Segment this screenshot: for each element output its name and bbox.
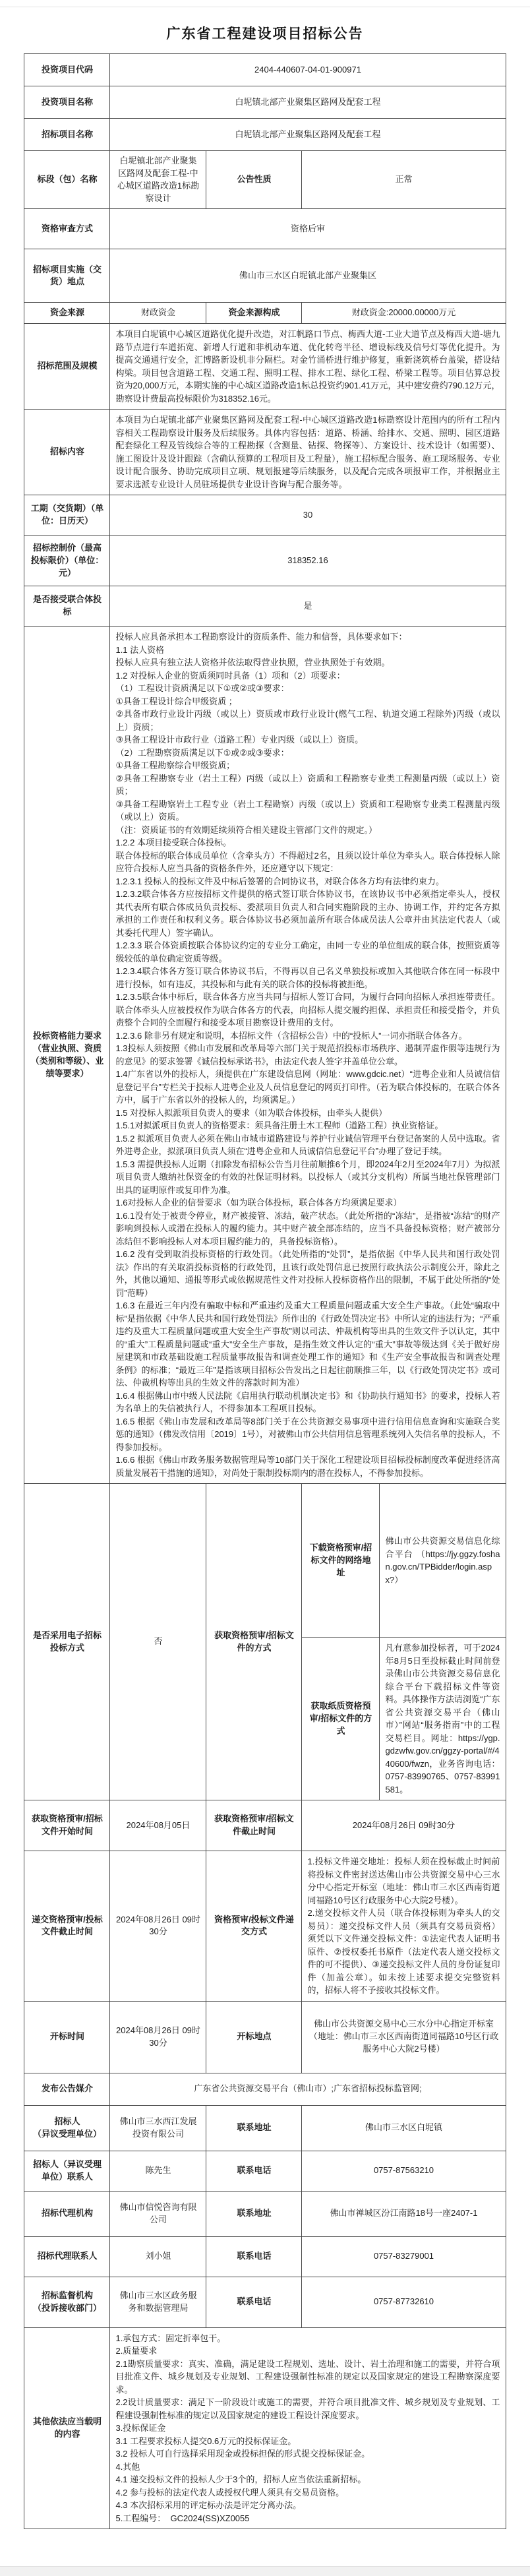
row-electronic: 是否采用电子招标投标方式 否 获取资格预审/招标文件的方式 下载资格预审/招标文… bbox=[24, 1484, 506, 1638]
row-location: 招标项目实施（交货）地点 佛山市三水区白坭镇北部产业聚集区 bbox=[24, 249, 506, 303]
tender-name-value: 白坭镇北部产业聚集区路网及配套工程 bbox=[110, 119, 506, 151]
duration-label: 工期（交货期）（单位：日历天） bbox=[24, 495, 110, 536]
section-label: 标段（包）名称 bbox=[24, 151, 110, 209]
doc-end-label: 获取资格预审/招标文件截止时间 bbox=[206, 1800, 302, 1851]
paper-method-label: 获取纸质资格预审/招标文件的方式 bbox=[302, 1638, 380, 1800]
submit-method-label: 资格预审/投标文件递交方式 bbox=[206, 1851, 302, 2002]
control-price-value: 318352.16 bbox=[110, 536, 506, 586]
top-divider bbox=[0, 7, 530, 7]
agency-address-value: 佛山市禅城区汾江南路18号一座2407-1 bbox=[302, 2191, 506, 2236]
funding-structure-label: 资金来源构成 bbox=[206, 303, 302, 324]
doc-end-value: 2024年08月26日 09时30分 bbox=[302, 1800, 506, 1851]
row-content: 招标内容 本项目为白坭镇北部产业聚集区路网及配套工程-中心城区道路改造1标勘察设… bbox=[24, 410, 506, 495]
page-title: 广东省工程建设项目招标公告 bbox=[0, 23, 530, 43]
download-url-value: 佛山市公共资源交易信息化综合平台 （https://jy.ggzy.foshan… bbox=[380, 1484, 506, 1638]
agency-address-label: 联系地址 bbox=[206, 2191, 302, 2236]
scope-value: 本项目白坭镇中心城区道路优化提升改造，对江帆路口节点、梅西大道-工业大道节点及梅… bbox=[110, 324, 506, 410]
consortium-value: 是 bbox=[110, 586, 506, 627]
row-agency-contact: 招标代理联系人 刘小姐 联系电话 0757-83279001 bbox=[24, 2236, 506, 2277]
tenderer-contact-value: 陈先生 bbox=[110, 2151, 206, 2191]
location-value: 佛山市三水区白坭镇北部产业聚集区 bbox=[110, 249, 506, 303]
tenderer-address-label: 联系地址 bbox=[206, 2105, 302, 2151]
qualification-review-value: 资格后审 bbox=[110, 209, 506, 249]
row-section: 标段（包）名称 白坭镇北部产业聚集区路网及配套工程-中心城区道路改造1标勘察设计… bbox=[24, 151, 506, 209]
tenderer-contact-label: 招标人（异议受理单位）联系人 bbox=[24, 2151, 110, 2191]
supervisor-label: 招标监督机构 （投诉接收部门） bbox=[24, 2277, 110, 2327]
notice-nature-label: 公告性质 bbox=[206, 151, 302, 209]
media-label: 发布公告媒介 bbox=[24, 2073, 110, 2105]
row-scope: 招标范围及规模 本项目白坭镇中心城区道路优化提升改造，对江帆路口节点、梅西大道-… bbox=[24, 324, 506, 410]
project-code-value: 2404-440607-04-01-900971 bbox=[110, 54, 506, 86]
agency-phone-label: 联系电话 bbox=[206, 2236, 302, 2277]
funding-label: 资金来源 bbox=[24, 303, 110, 324]
tenderer-address-value: 佛山市三水区白坭镇 bbox=[302, 2105, 506, 2151]
agency-value: 佛山市信悦咨询有限公司 bbox=[110, 2191, 206, 2236]
tenderer-phone-label: 联系电话 bbox=[206, 2151, 302, 2191]
row-other: 其他依法应当载明 的内容 1.承包方式：固定折率包干。 2.质量要求 2.1勘察… bbox=[24, 2327, 506, 2529]
tender-name-label: 招标项目名称 bbox=[24, 119, 110, 151]
opening-place-label: 开标地点 bbox=[206, 2001, 302, 2073]
row-opening: 开标时间 2024年08月26日 09时30分 开标地点 佛山市公共资源交易中心… bbox=[24, 2001, 506, 2073]
invest-name-label: 投资项目名称 bbox=[24, 86, 110, 119]
submit-deadline-label: 递交资格预审/投标文件截止时间 bbox=[24, 1851, 110, 2002]
media-value: 广东省公共资源交易平台（佛山市）;广东省招标投标监管网; bbox=[110, 2073, 506, 2105]
row-invest-name: 投资项目名称 白坭镇北部产业聚集区路网及配套工程 bbox=[24, 86, 506, 119]
opening-time-value: 2024年08月26日 09时30分 bbox=[110, 2001, 206, 2073]
qualification-review-label: 资格审查方式 bbox=[24, 209, 110, 249]
consortium-label: 是否接受联合体投标 bbox=[24, 586, 110, 627]
row-tenderer-contact: 招标人（异议受理单位）联系人 陈先生 联系电话 0757-87563210 bbox=[24, 2151, 506, 2191]
qualification-req-label: 投标资格能力要求（营业执照、资质（类别和等级）、业绩等要求） bbox=[24, 627, 110, 1484]
row-tenderer: 招标人 （异议受理单位） 佛山市三水西江发展投资有限公司 联系地址 佛山市三水区… bbox=[24, 2105, 506, 2151]
row-project-code: 投资项目代码 2404-440607-04-01-900971 bbox=[24, 54, 506, 86]
scope-label: 招标范围及规模 bbox=[24, 324, 110, 410]
section-value: 白坭镇北部产业聚集区路网及配套工程-中心城区道路改造1标勘察设计 bbox=[110, 151, 206, 209]
bottom-strip bbox=[0, 2566, 530, 2576]
duration-value: 30 bbox=[110, 495, 506, 536]
notice-nature-value: 正常 bbox=[302, 151, 506, 209]
supervisor-phone-label: 联系电话 bbox=[206, 2277, 302, 2327]
doc-start-label: 获取资格预审/招标文件开始时间 bbox=[24, 1800, 110, 1851]
agency-label: 招标代理机构 bbox=[24, 2191, 110, 2236]
tenderer-phone-value: 0757-87563210 bbox=[302, 2151, 506, 2191]
row-tender-name: 招标项目名称 白坭镇北部产业聚集区路网及配套工程 bbox=[24, 119, 506, 151]
location-label: 招标项目实施（交货）地点 bbox=[24, 249, 110, 303]
row-qualification-review: 资格审查方式 资格后审 bbox=[24, 209, 506, 249]
paper-method-value: 凡有意参加投标者，可于2024年8月5日至投标截止时间前登录佛山市公共资源交易信… bbox=[380, 1638, 506, 1800]
row-control-price: 招标控制价（最高投标限价）（单位：元） 318352.16 bbox=[24, 536, 506, 586]
agency-phone-value: 0757-83279001 bbox=[302, 2236, 506, 2277]
row-qualification-req: 投标资格能力要求（营业执照、资质（类别和等级）、业绩等要求） 投标人应具备承担本… bbox=[24, 627, 506, 1484]
row-media: 发布公告媒介 广东省公共资源交易平台（佛山市）;广东省招标投标监管网; bbox=[24, 2073, 506, 2105]
funding-value: 财政资金 bbox=[110, 303, 206, 324]
row-submit: 递交资格预审/投标文件截止时间 2024年08月26日 09时30分 资格预审/… bbox=[24, 1851, 506, 2002]
agency-contact-value: 刘小姐 bbox=[110, 2236, 206, 2277]
row-duration: 工期（交货期）（单位：日历天） 30 bbox=[24, 495, 506, 536]
project-code-label: 投资项目代码 bbox=[24, 54, 110, 86]
row-consortium: 是否接受联合体投标 是 bbox=[24, 586, 506, 627]
supervisor-value: 佛山市三水区政务服务和数据管理局 bbox=[110, 2277, 206, 2327]
control-price-label: 招标控制价（最高投标限价）（单位：元） bbox=[24, 536, 110, 586]
announcement-table: 投资项目代码 2404-440607-04-01-900971 投资项目名称 白… bbox=[24, 53, 506, 2529]
electronic-label: 是否采用电子招标投标方式 bbox=[24, 1484, 110, 1800]
content-label: 招标内容 bbox=[24, 410, 110, 495]
electronic-value: 否 bbox=[110, 1484, 206, 1800]
download-url-label: 下载资格预审/招标文件的网络地址 bbox=[302, 1484, 380, 1638]
tenderer-value: 佛山市三水西江发展投资有限公司 bbox=[110, 2105, 206, 2151]
doc-start-value: 2024年08月05日 bbox=[110, 1800, 206, 1851]
row-doc-time: 获取资格预审/招标文件开始时间 2024年08月05日 获取资格预审/招标文件截… bbox=[24, 1800, 506, 1851]
row-supervisor: 招标监督机构 （投诉接收部门） 佛山市三水区政务服务和数据管理局 联系电话 07… bbox=[24, 2277, 506, 2327]
row-agency: 招标代理机构 佛山市信悦咨询有限公司 联系地址 佛山市禅城区汾江南路18号一座2… bbox=[24, 2191, 506, 2236]
invest-name-value: 白坭镇北部产业聚集区路网及配套工程 bbox=[110, 86, 506, 119]
qualification-req-value: 投标人应具备承担本工程勘察设计的资质条件、能力和信誉，具体要求如下： 1.1 法… bbox=[110, 627, 506, 1484]
funding-structure-value: 财政资金:20000.00000万元 bbox=[302, 303, 506, 324]
agency-contact-label: 招标代理联系人 bbox=[24, 2236, 110, 2277]
supervisor-phone-value: 0757-87732610 bbox=[302, 2277, 506, 2327]
content-value: 本项目为白坭镇北部产业聚集区路网及配套工程-中心城区道路改造1标勘察设计范围内的… bbox=[110, 410, 506, 495]
bottom-spacer bbox=[0, 2549, 530, 2566]
other-value: 1.承包方式：固定折率包干。 2.质量要求 2.1勘察质量要求：真实、准确，满足… bbox=[110, 2327, 506, 2529]
other-label: 其他依法应当载明 的内容 bbox=[24, 2327, 110, 2529]
tenderer-label: 招标人 （异议受理单位） bbox=[24, 2105, 110, 2151]
obtain-method-label: 获取资格预审/招标文件的方式 bbox=[206, 1484, 302, 1800]
opening-place-value: 佛山市公共资源交易中心三水分中心指定开标室（地址：佛山市三水区西南街道同福路10… bbox=[302, 2001, 506, 2073]
row-funding: 资金来源 财政资金 资金来源构成 财政资金:20000.00000万元 bbox=[24, 303, 506, 324]
announcement-page: 广东省工程建设项目招标公告 投资项目代码 2404-440607-04-01-9… bbox=[0, 7, 530, 2576]
submit-method-value: 1.投标文件递交地址：投标人须在投标截止时间前将投标文件密封送达佛山市公共资源交… bbox=[302, 1851, 506, 2002]
opening-time-label: 开标时间 bbox=[24, 2001, 110, 2073]
submit-deadline-value: 2024年08月26日 09时30分 bbox=[110, 1851, 206, 2002]
